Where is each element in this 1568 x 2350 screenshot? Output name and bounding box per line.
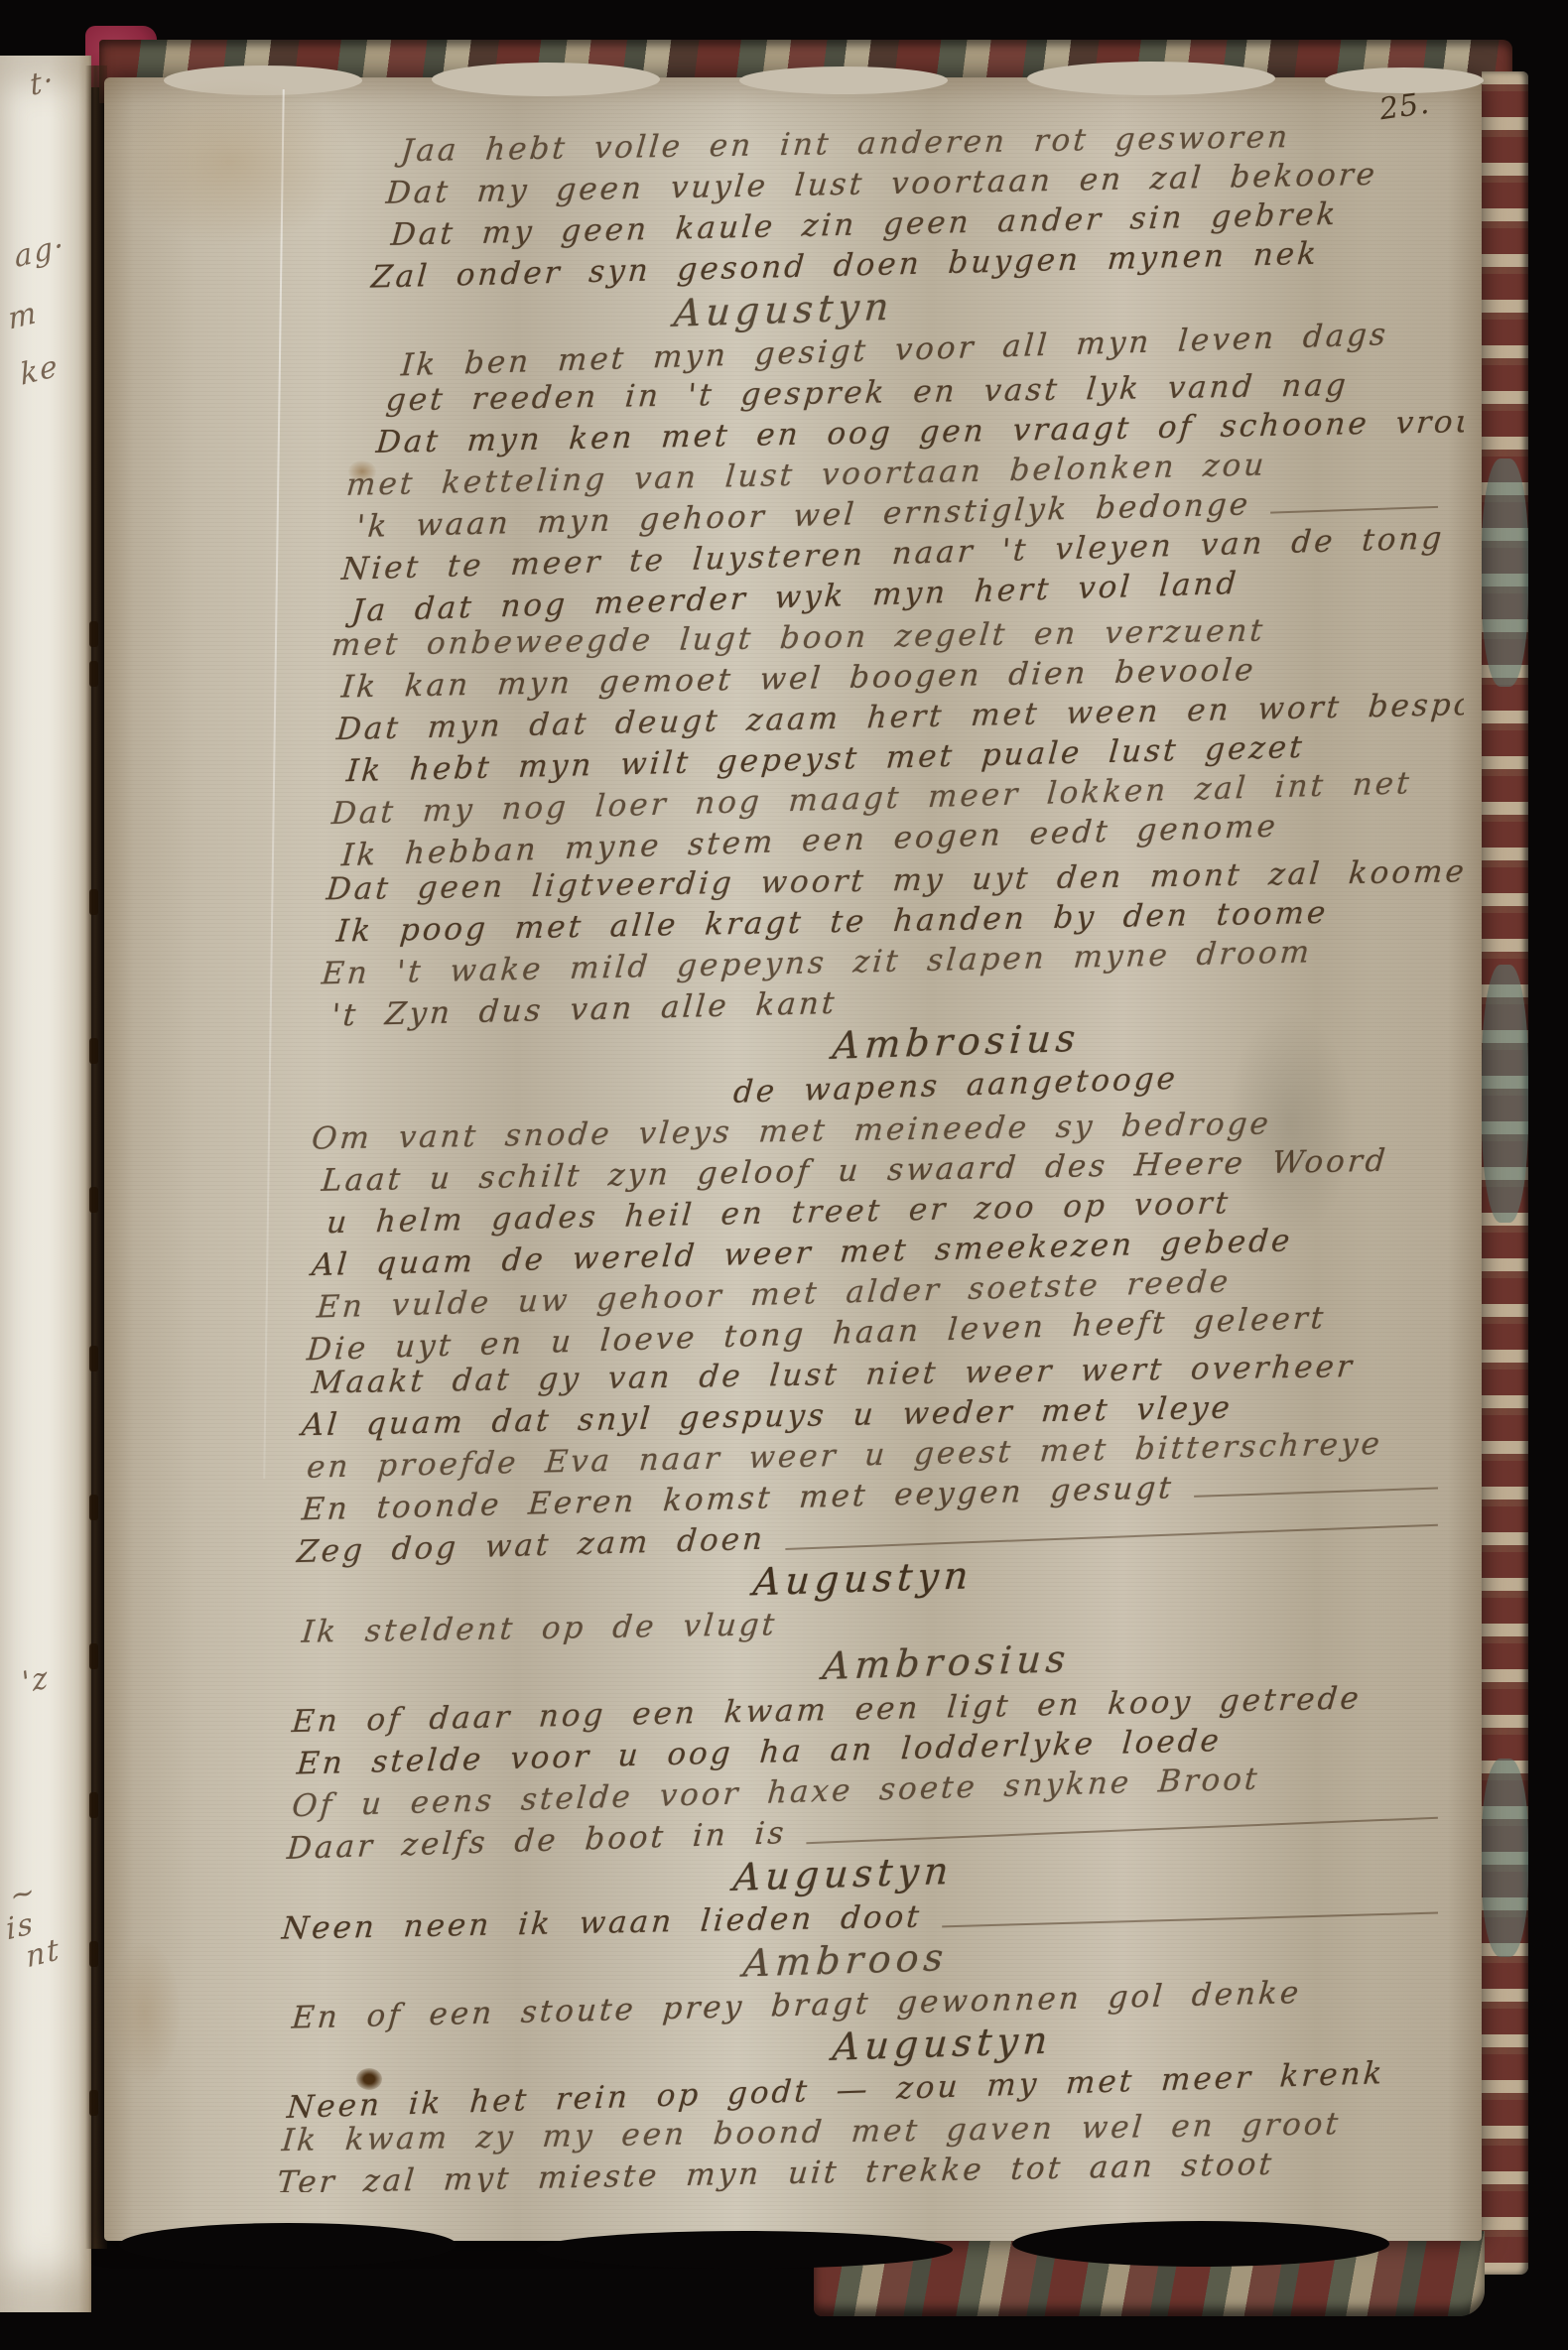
page-bottom-shadow (536, 2231, 953, 2269)
stitch-mark (89, 1792, 98, 1818)
marble-tint-patch (1482, 1759, 1528, 1957)
ink-fragment: 'z (21, 1660, 52, 1702)
manuscript-page: 25. Jaa hebt volle en int anderen rot ge… (104, 77, 1482, 2241)
stitch-mark (89, 661, 98, 687)
facing-page-edge: t·ag·mke'z~isnt (0, 56, 91, 2312)
paper-edge-wave (739, 66, 948, 94)
ink-fragment: nt (25, 1932, 63, 1976)
stitch-mark (89, 621, 98, 647)
marble-tint-patch (1482, 458, 1528, 687)
paper-edge-wave (432, 63, 660, 96)
stitch-mark (89, 1187, 98, 1213)
ink-fragment: ag· (13, 228, 67, 276)
page-bottom-shadow (119, 2223, 457, 2267)
stitch-mark (89, 2090, 98, 2116)
ink-fragment: t· (29, 63, 58, 103)
marble-tint-patch (1482, 965, 1528, 1223)
stitch-mark (89, 889, 98, 915)
rule-line (1194, 1488, 1438, 1498)
stitch-mark (89, 1346, 98, 1371)
page-bottom-shadow (1012, 2221, 1389, 2267)
paper-edge-wave (1027, 62, 1275, 95)
marbled-cover-right-edge (1482, 71, 1528, 2275)
stitch-mark (89, 1495, 98, 1520)
page-number: 25. (1377, 86, 1432, 128)
stitch-mark (89, 1941, 98, 1967)
ink-fragment: m (7, 295, 40, 337)
stitch-mark (89, 1643, 98, 1669)
rule-line (1270, 506, 1438, 514)
text-lines: Jaa hebt volle en int anderen rot geswor… (118, 123, 1464, 2192)
ink-fragment: ke (19, 348, 61, 393)
photo-background: t·ag·mke'z~isnt 25. Jaa hebt volle en in… (0, 0, 1568, 2350)
stitch-mark (89, 1038, 98, 1064)
